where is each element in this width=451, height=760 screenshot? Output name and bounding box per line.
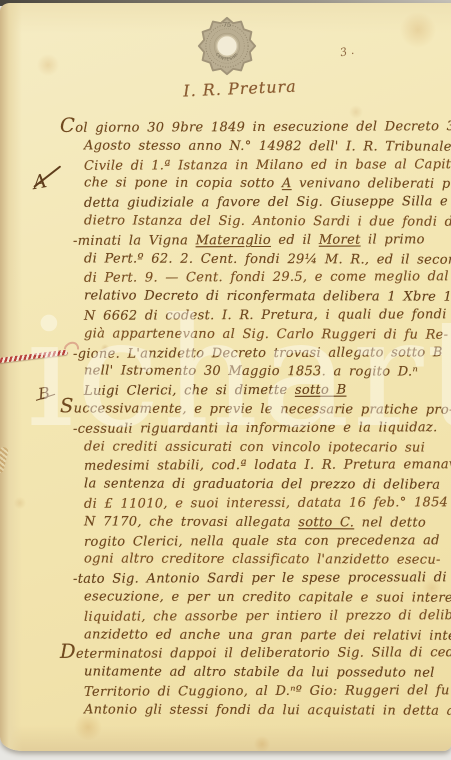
text-line: la sentenza di graduatoria del prezzo di… [60,475,451,495]
margin-mark-b: B [37,383,51,403]
margin-mark-a: A [31,170,48,194]
text-line: già appartenevano al Sig. Carlo Ruggeri … [60,325,451,345]
text-line: che si pone in copia sotto A venivano de… [60,175,451,195]
text-line: N 7170, che trovasi allegata sotto C. ne… [60,513,451,533]
text-line: rogito Clerici, nella quale sta con prec… [60,532,451,553]
text-line: anzidetto ed anche una gran parte dei re… [60,626,451,646]
text-line: Successivamente, e previe le necessarie … [60,400,451,420]
text-line: -gione. L'anzidetto Decreto trovasi alle… [60,344,451,365]
text-line: N 6662 di codest. I. R. Pretura, i quali… [60,306,451,327]
text-line: liquidati, che assorbe per intiero il pr… [60,607,451,628]
text-line: medesimi stabili, cod.ª lodata I. R. Pre… [60,456,451,477]
stamp-value: 75 [223,21,231,29]
text-line: Antonio gli stessi fondi da lui acquista… [60,701,451,721]
text-line: -minati la Vigna Materaglio ed il Moret … [60,231,451,252]
text-line: Civile di 1.ª Istanza in Milano ed in ba… [60,156,451,177]
text-line: -cessuali riguardanti la informazione e … [60,419,451,440]
text-line: dei crediti assicurati con vincolo ipote… [60,438,451,458]
text-line: Luigi Clerici, che si dimette sotto B [60,381,451,402]
text-line: Agosto stesso anno N.° 14982 dell' I. R.… [60,137,451,157]
text-line: Territorio di Cuggiono, al D.ⁿº Gio: Rug… [60,682,451,703]
text-line: Determinatosi dappoi il deliberatorio Si… [60,644,451,665]
text-line: unitamente ad altro stabile da lui posse… [60,663,451,683]
heading-pretura: I. R. Pretura [150,75,331,102]
text-line: dietro Istanza del Sig. Antonio Sardi i … [60,212,451,232]
manuscript-text: Col giorno 30 9bre 1849 in esecuzione de… [60,119,451,721]
text-line: Col giorno 30 9bre 1849 in esecuzione de… [60,118,451,139]
page-number-mark: 3 . [339,44,355,60]
text-line: -tato Sig. Antonio Sardi per le spese pr… [60,569,451,590]
revenue-stamp-seal: 75 CENTESIMI [195,14,259,78]
text-line: nell' Istromento 30 Maggio 1853. a rogit… [60,363,451,383]
text-line: relativo Decreto di riconfermata deliber… [60,287,451,307]
text-line: ogni altro creditore classificato l'anzi… [60,551,451,571]
text-line: di Pert.º 62. 2. Cent. fondi 29¼ M. R., … [60,250,451,270]
text-line: esecuzione, e per un credito capitale e … [60,588,451,608]
text-line: detta giudiziale a favore del Sig. Giuse… [60,193,451,214]
binding-thread [0,350,68,364]
manuscript-page: 75 CENTESIMI I. R. Pretura 3 . A B Col g… [0,3,451,751]
stamp-rosette-icon: 75 CENTESIMI [195,14,259,78]
text-line: di £ 11010, e suoi interessi, datata 16 … [60,494,451,515]
text-line: di Pert. 9. — Cent. fondi 29.5, e come m… [60,269,451,290]
binding-thread-fragment [0,446,9,473]
